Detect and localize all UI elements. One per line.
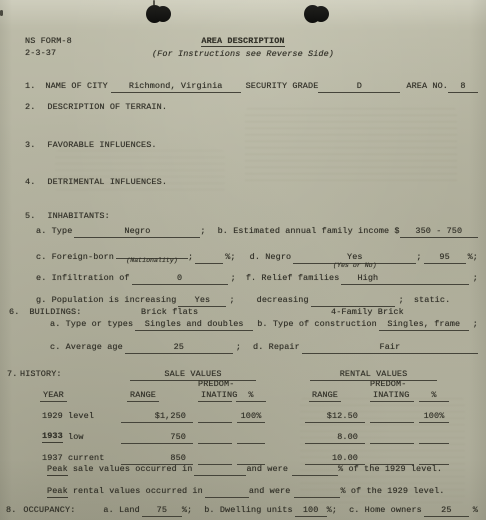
rent-pct-value: 100%: [419, 402, 449, 423]
percent-label: %;: [182, 505, 192, 516]
average-age-label: c. Average age: [50, 342, 123, 353]
favorable-label: FAVORABLE INFLUENCES.: [47, 140, 156, 151]
history-label: HISTORY:: [20, 369, 62, 380]
dwelling-units-value: 100: [295, 505, 327, 517]
separator: ;: [229, 295, 234, 306]
col-pct: %: [236, 389, 266, 402]
item-number: 8.: [6, 505, 16, 516]
negro-value: Yes(Yes or No): [293, 252, 416, 264]
line-name-of-city: 1. NAME OF CITY Richmond, Virginia SECUR…: [25, 81, 478, 93]
repair-value: Fair: [302, 342, 478, 354]
form-title: AREA DESCRIPTION: [201, 36, 284, 47]
year-cell: 1933 low: [40, 423, 116, 443]
negro-pct-value: 95: [424, 252, 466, 264]
col-predom-top: PREDOM-: [198, 380, 232, 389]
rent-predom-value: [370, 402, 414, 423]
average-age-value: 25: [125, 342, 233, 354]
and-were-text: and were: [246, 464, 288, 475]
infiltration-label: e. Infiltration of: [36, 273, 130, 284]
population-label: g. Population is increasing: [36, 295, 176, 306]
item-number: 4.: [25, 177, 35, 188]
separator: ;: [188, 252, 193, 263]
rent-predom-value: [370, 423, 414, 444]
peak-rental-year-blank: [205, 486, 249, 498]
ink-bleed-through: [245, 108, 457, 186]
static-label: static.: [414, 295, 450, 306]
occupancy-label: OCCUPANCY:: [23, 505, 75, 516]
sale-range-value: 850: [121, 444, 193, 465]
relief-families-label: f. Relief families: [246, 273, 340, 284]
peak-rental-text: rental values occurred in: [73, 486, 203, 497]
line-favorable: 3. FAVORABLE INFLUENCES.: [25, 140, 157, 151]
construction-value: Singles, frame: [379, 319, 469, 331]
col-inating: INATING: [198, 389, 232, 402]
rent-pct-value: [419, 444, 449, 465]
line-inhabitants: 5. INHABITANTS:: [25, 211, 110, 222]
negro-label: d. Negro: [250, 252, 292, 263]
sale-pct-value: 100%: [237, 402, 265, 423]
separator: ;: [231, 273, 236, 284]
hole-punch: [304, 5, 321, 23]
rent-predom-value: [370, 444, 414, 465]
edge-speck: [153, 0, 155, 6]
type-value: Negro: [74, 226, 200, 238]
decreasing-label: decreasing: [257, 295, 309, 306]
relief-families-value: High: [341, 273, 468, 285]
type-label: a. Type: [36, 226, 72, 237]
and-were-text: and were: [249, 486, 291, 497]
edge-speck: [0, 10, 3, 16]
rent-range-value: $12.50: [305, 402, 365, 423]
peak-sale-text: sale values occurred in: [73, 464, 193, 475]
line-occupancy: 8. OCCUPANCY: a. Land 75 %; b. Dwelling …: [6, 505, 478, 517]
item-number: 2.: [25, 102, 35, 113]
line-age-repair: c. Average age 25 ; d. Repair Fair: [50, 342, 478, 354]
sale-range-value: $1,250: [121, 402, 193, 423]
area-no-label: AREA NO.: [406, 81, 448, 92]
of-1929-text: % of the 1929 level.: [340, 486, 444, 497]
col-range: RANGE: [127, 389, 159, 402]
decreasing-value: [311, 295, 395, 307]
line-population: g. Population is increasing Yes ; decrea…: [36, 295, 450, 307]
hole-punch: [146, 5, 163, 23]
col-range: RANGE: [309, 389, 341, 402]
land-label: a. Land: [103, 505, 139, 516]
foreign-born-label: c. Foreign-born: [36, 252, 114, 263]
infiltration-value: 0: [132, 273, 228, 285]
area-no-value: 8: [448, 81, 478, 93]
income-value: 350 - 750: [400, 226, 478, 238]
item-number: 5.: [25, 211, 35, 222]
of-1929-text: % of the 1929 level.: [338, 464, 442, 475]
sale-pct-value: [237, 444, 265, 465]
rent-range-value: 8.00: [305, 423, 365, 444]
grade-value: D: [318, 81, 400, 93]
city-label: NAME OF CITY: [45, 81, 107, 92]
sale-range-value: 750: [121, 423, 193, 444]
line-detrimental: 4. DETRIMENTAL INFLUENCES.: [25, 177, 167, 188]
separator: ;: [473, 273, 478, 284]
line-foreign-negro: c. Foreign-born (Nationality) ; %; d. Ne…: [36, 247, 478, 264]
rent-pct-value: [419, 423, 449, 444]
item-number: 3.: [25, 140, 35, 151]
line-buildings: 6. BUILDINGS:: [9, 307, 81, 318]
dwelling-units-label: b. Dwelling units: [204, 505, 292, 516]
col-predom-top: PREDOM-: [370, 380, 414, 389]
sale-predom-value: [198, 423, 232, 444]
percent-label: %: [473, 505, 478, 516]
peak-word: Peak: [47, 486, 68, 498]
line-peak-rental: Peak rental values occurred in and were …: [47, 486, 444, 498]
form-subtitle: (For Instructions see Reverse Side): [0, 49, 486, 60]
land-value: 75: [142, 505, 182, 517]
home-owners-value: 25: [424, 505, 469, 517]
line-type-income: a. Type Negro ; b. Estimated annual fami…: [36, 226, 478, 238]
nationality-note: (Nationality): [116, 257, 188, 265]
population-increasing-value: Yes: [178, 295, 226, 307]
line-terrain: 2. DESCRIPTION OF TERRAIN.: [25, 102, 167, 113]
buildings-label: BUILDINGS:: [29, 307, 81, 318]
separator: ;: [399, 295, 404, 306]
col-inating: INATING: [370, 389, 414, 402]
peak-rental-pct-blank: [294, 486, 340, 498]
peak-sale-pct-blank: [292, 464, 338, 476]
peak-word: Peak: [47, 464, 68, 476]
area-description-form: NS FORM-8 2-3-37 AREA DESCRIPTION (For I…: [0, 0, 486, 520]
terrain-label: DESCRIPTION OF TERRAIN.: [47, 102, 167, 113]
percent-label: %;: [327, 505, 337, 516]
year-cell: 1929 level: [40, 402, 116, 422]
history-table: PREDOM- PREDOM- YEAR RANGE INATING % RAN…: [40, 380, 449, 465]
separator: ;: [200, 226, 205, 237]
form-title-wrap: AREA DESCRIPTION: [0, 36, 486, 47]
separator: ;: [416, 252, 421, 263]
col-pct: %: [419, 389, 449, 402]
type-or-types-label: a. Type or types: [50, 319, 133, 330]
repair-label: d. Repair: [253, 342, 300, 353]
sale-predom-value: [198, 402, 232, 423]
city-value: Richmond, Virginia: [111, 81, 241, 93]
separator: ;: [236, 342, 241, 353]
item-number: 6.: [9, 307, 19, 318]
item-number: 7.: [7, 369, 17, 380]
line-peak-sale: Peak sale values occurred in and were % …: [47, 464, 442, 476]
separator: ;: [473, 319, 478, 330]
grade-label: SECURITY GRADE: [246, 81, 319, 92]
col-year: YEAR: [40, 389, 67, 402]
detrimental-label: DETRIMENTAL INFLUENCES.: [47, 177, 167, 188]
year-cell: 1937 current: [40, 444, 116, 464]
percent-label: %;: [225, 252, 235, 263]
home-owners-label: c. Home owners: [349, 505, 422, 516]
type-over-value: Brick flats: [141, 307, 198, 318]
construction-over-value: 4-Family Brick: [331, 307, 404, 318]
inhabitants-label: INHABITANTS:: [47, 211, 109, 222]
line-infiltration-relief: e. Infiltration of 0 ; f. Relief familie…: [36, 273, 478, 285]
sale-pct-value: [237, 423, 265, 444]
peak-sale-year-blank: [194, 464, 246, 476]
sale-predom-value: [198, 444, 232, 465]
income-label: b. Estimated annual family income $: [218, 226, 400, 237]
rent-range-value: 10.00: [305, 444, 365, 465]
percent-label: %;: [468, 252, 478, 263]
line-building-types: a. Type or types Singles and doubles b. …: [50, 319, 478, 331]
foreign-born-value: (Nationality): [116, 247, 188, 259]
foreign-born-pct-value: [195, 252, 223, 264]
yes-or-no-note: (Yes or No): [293, 262, 416, 270]
item-number: 1.: [25, 81, 35, 92]
construction-label: b. Type of construction: [257, 319, 377, 330]
type-or-types-value: Singles and doubles: [135, 319, 253, 331]
